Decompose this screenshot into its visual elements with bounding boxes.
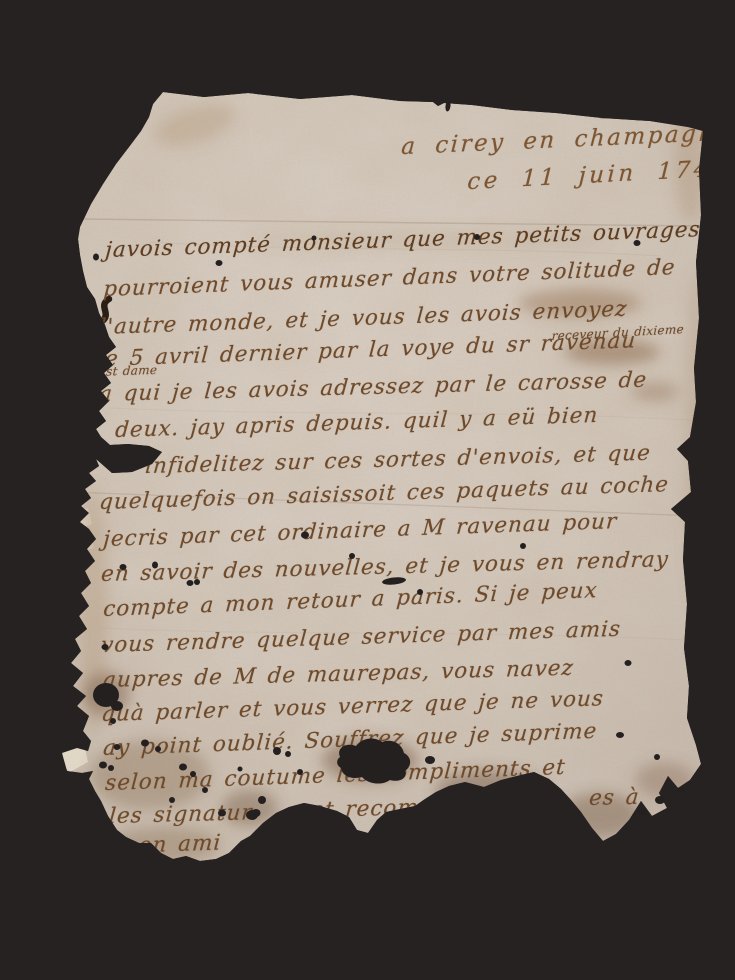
handwriting-layer: Dessada a cirey en champagne ce 11 juin …: [0, 0, 735, 980]
pencil-annotation: Dessada: [599, 100, 670, 123]
letter-line-14: quà parler et vous verrez que je ne vous: [100, 688, 604, 725]
photograph: Dessada a cirey en champagne ce 11 juin …: [0, 0, 735, 980]
letter-line-12: vous rendre quelque service par mes amis: [100, 619, 621, 657]
letter-line-16: selon ma coutume les compliments et: [104, 757, 566, 795]
letter-line-7: infidelitez sur ces sortes d'envois, et …: [144, 443, 651, 478]
dateline-date: ce 11 juin 1744: [467, 157, 731, 194]
letter-line-13: aupres de M de maurepas, vous navez: [102, 658, 574, 692]
letter-line-5: a qui je les avois adressez par le caros…: [98, 370, 648, 406]
letter-line-15: ay point oublié. Souffrez que je suprime: [102, 721, 598, 760]
interline-note-left: a st dame: [93, 364, 158, 378]
dateline-place: a cirey en champagne: [401, 122, 733, 160]
letter-line-17b: et recom: [310, 797, 419, 821]
letter-line-2: pourroient vous amuser dans votre solitu…: [103, 257, 677, 301]
letter-line-17c: es à: [588, 787, 640, 810]
letter-line-1: javois compté monsieur que mes petits ou…: [104, 219, 701, 261]
letter-line-17a: les signatur: [108, 802, 253, 827]
letter-line-18: mon ami: [116, 832, 222, 857]
letter-line-6: deux. jay apris depuis. quil y a eü bien: [114, 405, 599, 442]
letter-line-9: jecris par cet ordinaire a M ravenau pou…: [102, 511, 617, 551]
letter-line-8: quelquefois on saisissoit ces paquets au…: [98, 474, 669, 513]
letter-line-11: compte a mon retour a paris. Si je peux: [103, 580, 599, 621]
